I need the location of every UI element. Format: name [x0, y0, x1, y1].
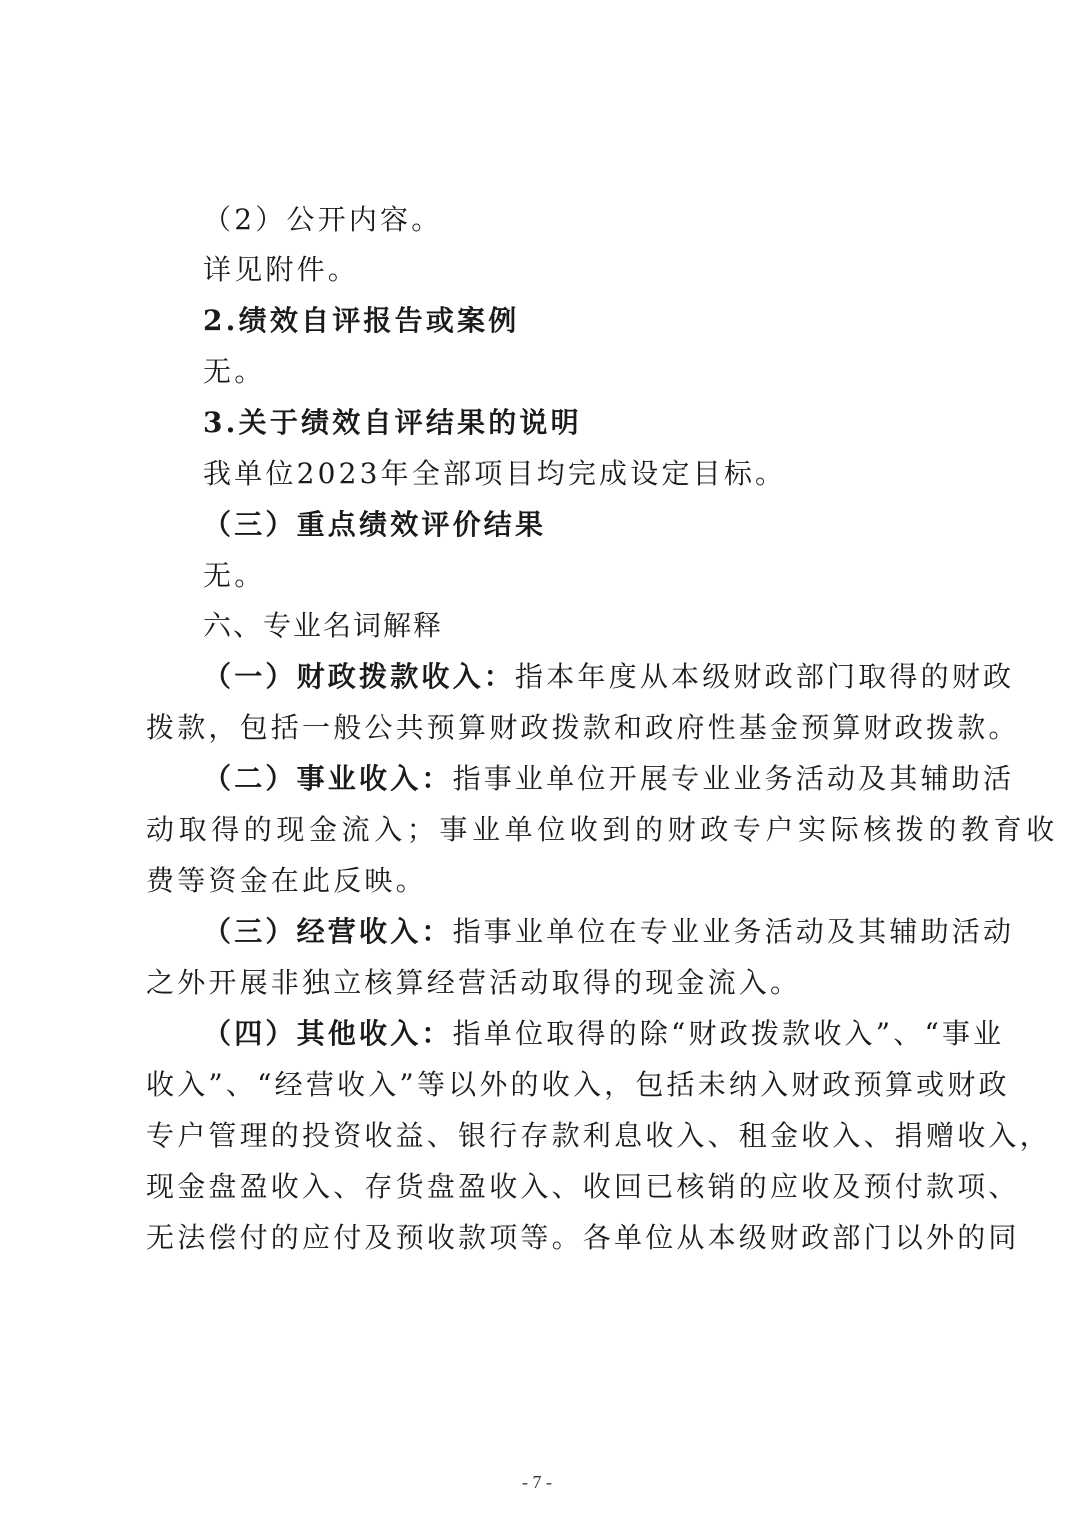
- definition-continuation: 费等资金在此反映。: [146, 864, 427, 898]
- heading-self-evaluation-report: 2.绩效自评报告或案例: [203, 304, 519, 338]
- heading-key-performance-results: （三）重点绩效评价结果: [203, 508, 546, 542]
- page-number: - 7 -: [0, 1472, 1074, 1493]
- section-heading-terminology: 六、专业名词解释: [203, 609, 443, 643]
- definition-continuation: 之外开展非独立核算经营活动取得的现金流入。: [146, 966, 801, 1000]
- definition-text: 指事业单位开展专业业务活动及其辅助活: [453, 762, 1015, 795]
- paragraph-none-1: 无。: [203, 355, 265, 389]
- term-label: （四）其他收入：: [203, 1017, 453, 1050]
- definition-continuation: 现金盘盈收入、存货盘盈收入、收回已核销的应收及预付款项、: [146, 1170, 1020, 1204]
- definition-text: 指单位取得的除“财政拨款收入”、“事业: [453, 1017, 1005, 1050]
- paragraph-targets-completed: 我单位2023年全部项目均完成设定目标。: [203, 457, 786, 491]
- definition-operating-income: （三）经营收入：指事业单位在专业业务活动及其辅助活动: [203, 915, 1014, 949]
- definition-continuation: 收入”、“经营收入”等以外的收入，包括未纳入财政预算或财政: [146, 1068, 1010, 1102]
- definition-fiscal-appropriation: （一）财政拨款收入：指本年度从本级财政部门取得的财政: [203, 660, 1014, 694]
- definition-business-income: （二）事业收入：指事业单位开展专业业务活动及其辅助活: [203, 762, 1014, 796]
- definition-text: 指本年度从本级财政部门取得的财政: [515, 660, 1014, 693]
- definition-continuation: 动取得的现金流入；事业单位收到的财政专户实际核拨的教育收: [146, 813, 1059, 847]
- term-label: （三）经营收入：: [203, 915, 453, 948]
- definition-other-income: （四）其他收入：指单位取得的除“财政拨款收入”、“事业: [203, 1017, 1004, 1051]
- definition-continuation: 拨款，包括一般公共预算财政拨款和政府性基金预算财政拨款。: [146, 711, 1020, 745]
- heading-self-evaluation-explanation: 3.关于绩效自评结果的说明: [203, 406, 582, 440]
- subsection-heading-public-content: （2）公开内容。: [203, 203, 442, 237]
- definition-continuation: 专户管理的投资收益、银行存款利息收入、租金收入、捐赠收入，: [146, 1119, 1051, 1153]
- paragraph-see-attachment: 详见附件。: [203, 253, 359, 287]
- term-label: （二）事业收入：: [203, 762, 453, 795]
- document-page: （2）公开内容。 详见附件。 2.绩效自评报告或案例 无。 3.关于绩效自评结果…: [0, 0, 1074, 1520]
- term-label: （一）财政拨款收入：: [203, 660, 515, 693]
- paragraph-none-2: 无。: [203, 559, 265, 593]
- definition-text: 指事业单位在专业业务活动及其辅助活动: [453, 915, 1015, 948]
- definition-continuation: 无法偿付的应付及预收款项等。各单位从本级财政部门以外的同: [146, 1221, 1020, 1255]
